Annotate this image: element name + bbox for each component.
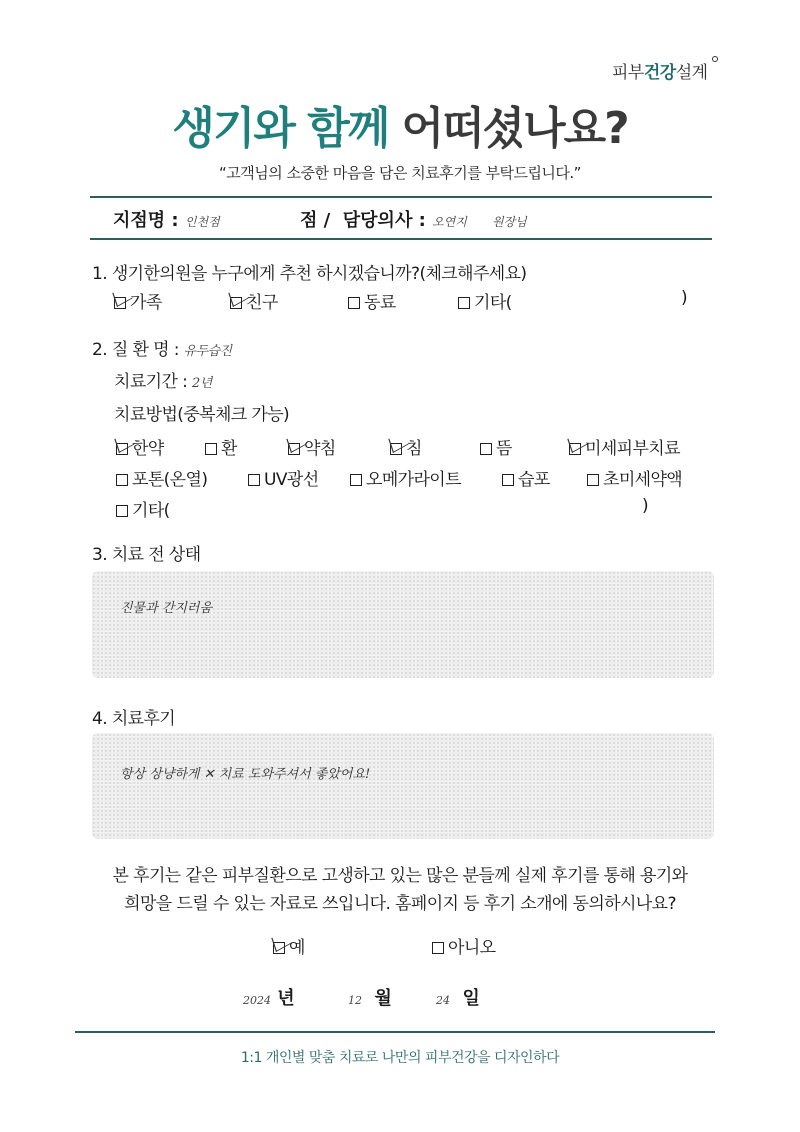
method-other[interactable]: 기타(: [116, 496, 170, 521]
q2-period-field: 치료기간 : 2년: [114, 367, 212, 392]
checkbox[interactable]: [350, 474, 362, 486]
branch-label: 지점명 :: [113, 210, 179, 231]
checkbox-checked[interactable]: [273, 942, 285, 954]
consent-line-1: 본 후기는 같은 피부질환으로 고생하고 있는 많은 분들께 실제 후기를 통해…: [0, 862, 800, 890]
method-other-close: ): [642, 496, 648, 516]
divider: [90, 238, 712, 240]
checkbox[interactable]: [116, 505, 128, 517]
method-herbal[interactable]: 한약: [116, 434, 164, 459]
method-acupuncture[interactable]: 침: [390, 434, 422, 459]
consent-yes[interactable]: 예: [273, 933, 305, 958]
checkbox[interactable]: [205, 443, 217, 455]
q2-period-value[interactable]: 2년: [192, 376, 212, 391]
method-uv[interactable]: UV광선: [248, 465, 319, 490]
title-dark: 어떠셨나요?: [402, 103, 628, 154]
q3-answer: 진물과 간지러움: [120, 597, 212, 616]
page-subtitle: “고객님의 소중한 마음을 담은 치료후기를 부탁드립니다.”: [0, 162, 800, 183]
q1-other-close: ): [681, 288, 687, 308]
method-pill[interactable]: 환: [205, 434, 237, 459]
date-year: 2024 년: [243, 984, 295, 1010]
year-label: 년: [277, 988, 294, 1009]
checkbox[interactable]: [248, 474, 260, 486]
page-title: 생기와 함께 어떠셨나요?: [0, 92, 800, 156]
date-day: 24 일: [436, 984, 480, 1010]
doctor-value[interactable]: 오연지: [432, 215, 467, 229]
q1-label: 1. 생기한의원을 누구에게 추천 하시겠습니까?(체크해주세요): [92, 259, 526, 284]
checkbox[interactable]: [502, 474, 514, 486]
consent-text: 본 후기는 같은 피부질환으로 고생하고 있는 많은 분들께 실제 후기를 통해…: [0, 862, 800, 918]
q2-disease-label: 2. 질 환 명 :: [92, 340, 179, 360]
year-value[interactable]: 2024: [243, 994, 271, 1007]
doctor-field: 점 / 담당의사 : 오연지 원장님: [300, 206, 527, 232]
q2-disease-field: 2. 질 환 명 : 유두습진: [92, 335, 232, 360]
branch-field: 지점명 : 인천점: [113, 206, 220, 232]
q4-answer-box[interactable]: 항상 상냥하게 ✕ 치료 도와주셔서 좋았어요!: [92, 733, 714, 839]
brand-logo: 피부건강설계: [612, 58, 718, 83]
brand-accent: 건강: [644, 63, 676, 83]
q1-option-colleague[interactable]: 동료: [348, 288, 396, 313]
title-teal: 생기와 함께: [172, 103, 388, 154]
method-pharmacopuncture[interactable]: 약침: [288, 434, 336, 459]
method-omegalight[interactable]: 오메가라이트: [350, 465, 461, 490]
checkbox-checked[interactable]: [114, 297, 126, 309]
date-month: 12 월: [348, 984, 392, 1010]
checkbox[interactable]: [480, 443, 492, 455]
checkbox-checked[interactable]: [288, 443, 300, 455]
month-value[interactable]: 12: [348, 994, 362, 1007]
consent-line-2: 희망을 드릴 수 있는 자료로 쓰입니다. 홈페이지 등 후기 소개에 동의하시…: [0, 890, 800, 918]
q2-period-label: 치료기간 :: [114, 372, 187, 392]
checkbox-checked[interactable]: [569, 443, 581, 455]
footer-slogan: 1:1 개인별 맞춤 치료로 나만의 피부건강을 디자인하다: [0, 1047, 800, 1067]
q4-label: 4. 치료후기: [92, 704, 175, 729]
q1-option-other[interactable]: 기타(: [458, 288, 512, 313]
method-moxibustion[interactable]: 뜸: [480, 434, 512, 459]
q1-option-friend[interactable]: 친구: [230, 288, 278, 313]
divider: [90, 196, 712, 198]
q1-option-family[interactable]: 가족: [114, 288, 162, 313]
brand-dot-icon: [712, 56, 718, 62]
branch-value[interactable]: 인천점: [185, 215, 220, 229]
divider: [75, 1031, 715, 1033]
q3-answer-box[interactable]: 진물과 간지러움: [92, 571, 714, 678]
checkbox[interactable]: [587, 474, 599, 486]
checkbox[interactable]: [116, 474, 128, 486]
method-ultra-micro[interactable]: 초미세약액: [587, 465, 682, 490]
q2-method-label: 치료방법(중복체크 가능): [114, 400, 289, 425]
checkbox-checked[interactable]: [230, 297, 242, 309]
day-label: 일: [463, 988, 480, 1009]
doctor-label: 담당의사 :: [343, 210, 426, 231]
day-value[interactable]: 24: [436, 994, 450, 1007]
q4-answer: 항상 상냥하게 ✕ 치료 도와주셔서 좋았어요!: [120, 763, 370, 782]
method-wet-wrap[interactable]: 습포: [502, 465, 550, 490]
method-photon[interactable]: 포톤(온열): [116, 465, 207, 490]
checkbox[interactable]: [458, 297, 470, 309]
q2-disease-value[interactable]: 유두습진: [184, 344, 232, 359]
checkbox-checked[interactable]: [390, 443, 402, 455]
month-label: 월: [375, 988, 392, 1009]
brand-prefix: 피부: [612, 63, 644, 83]
consent-no[interactable]: 아니오: [432, 933, 495, 958]
brand-suffix: 설계: [676, 63, 708, 83]
method-micro-skin[interactable]: 미세피부치료: [569, 434, 680, 459]
checkbox[interactable]: [432, 942, 444, 954]
doctor-title: 원장님: [492, 215, 527, 229]
checkbox[interactable]: [348, 297, 360, 309]
branch-suffix: 점 /: [300, 210, 330, 231]
q3-label: 3. 치료 전 상태: [92, 540, 201, 565]
checkbox-checked[interactable]: [116, 443, 128, 455]
